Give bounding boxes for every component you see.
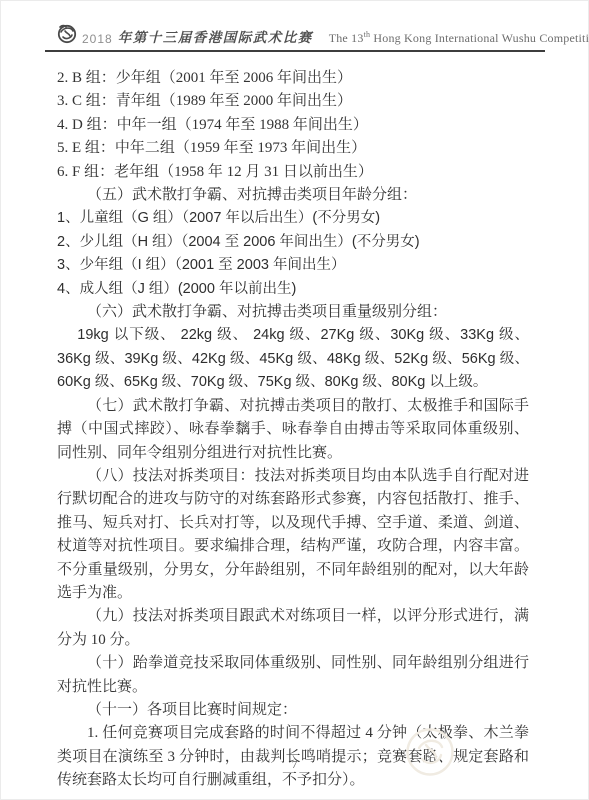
section9-paragraph: （九）技法对拆类项目跟武术对练项目一样，以评分形式进行，满分为 10 分。 [57, 605, 529, 652]
list-item: 2、少儿组（H 组）（2004 至 2006 年间出生）(不分男女) [57, 231, 529, 254]
list-item: 3、少年组（I 组）（2001 至 2003 年间出生） [57, 254, 529, 277]
header-year: 2018 [82, 32, 113, 46]
list-item: 5. E 组：中年二组（1959 年至 1973 年间出生） [57, 137, 529, 160]
document-body: 2. B 组：少年组（2001 年至 2006 年间出生） 3. C 组：青年组… [57, 67, 529, 793]
section8-paragraph: （八）技法对拆类项目：技法对拆类项目均由本队选手自行配对进行默切配合的进攻与防守… [57, 465, 529, 605]
header-divider [45, 50, 545, 52]
list-item: 6. F 组：老年组（1958 年 12 月 31 日以前出生） [57, 161, 529, 184]
document-page: 2018 年第十三届香港国际武术比赛 The 13th Hong Kong In… [0, 0, 589, 800]
list-item: 1、儿童组（G 组）（2007 年以后出生）(不分男女) [57, 207, 529, 230]
section10-paragraph: （十）跆拳道竞技采取同体重级别、同性别、同年龄组别分组进行对抗性比赛。 [57, 652, 529, 699]
section11-rule1: 1. 任何竞赛项目完成套路的时间不得超过 4 分钟（太极拳、木兰拳类项目在演练至… [57, 722, 529, 792]
page-number: 7 [0, 759, 589, 771]
header-title-en: The 13th Hong Kong International Wushu C… [329, 30, 589, 46]
list-item: 2. B 组：少年组（2001 年至 2006 年间出生） [57, 67, 529, 90]
header-title-en-post: Hong Kong International Wushu Competitio… [370, 31, 589, 45]
header-title-zh: 年第十三届香港国际武术比赛 [118, 26, 313, 46]
list-item: 4、成人组（J 组）(2000 年以前出生) [57, 278, 529, 301]
section6-weight-classes: 19kg 以下级、 22kg 级、 24kg 级、27Kg 级、30Kg 级、3… [57, 324, 529, 394]
section5-heading: （五）武术散打争霸、对抗搏击类项目年龄分组： [57, 184, 529, 207]
section11-heading: （十一）各项目比赛时间规定： [57, 699, 529, 722]
section6-heading: （六）武术散打争霸、对抗搏击类项目重量级别分组： [57, 301, 529, 324]
wushu-emblem-icon [56, 23, 78, 49]
list-item: 4. D 组：中年一组（1974 年至 1988 年间出生） [57, 114, 529, 137]
header-title-en-pre: The 13 [329, 31, 364, 45]
section7-paragraph: （七）武术散打争霸、对抗搏击类项目的散打、太极推手和国际手搏（中国式摔跤）、咏春… [57, 395, 529, 465]
list-item: 3. C 组：青年组（1989 年至 2000 年间出生） [57, 90, 529, 113]
watermark-emblem-icon [405, 726, 455, 783]
page-header: 2018 年第十三届香港国际武术比赛 The 13th Hong Kong In… [56, 20, 545, 46]
